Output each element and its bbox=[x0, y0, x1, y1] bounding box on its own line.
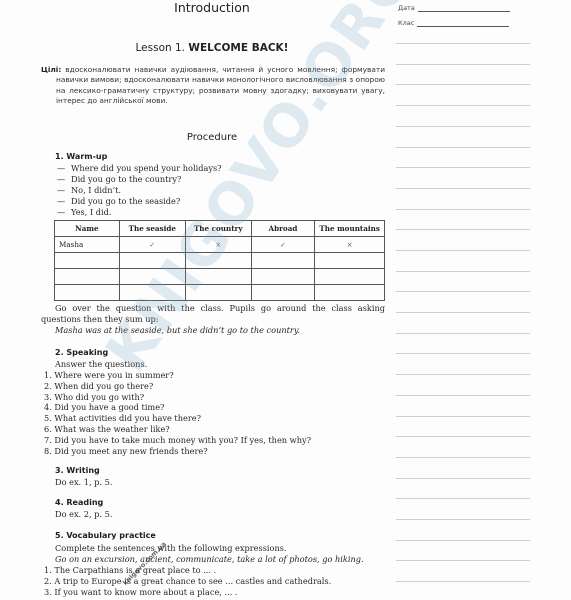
question-item: 8. Did you meet any new friends there? bbox=[44, 446, 208, 457]
answer-cell[interactable] bbox=[119, 253, 185, 269]
dash-mark: — bbox=[57, 163, 71, 174]
class-blank[interactable] bbox=[417, 20, 509, 27]
dialogue-line: —No, I didn’t. bbox=[57, 185, 121, 196]
answer-cell[interactable]: ✓ bbox=[251, 237, 315, 253]
name-cell[interactable] bbox=[55, 285, 120, 301]
note-line[interactable] bbox=[396, 250, 530, 251]
writing-heading: 3. Writing bbox=[55, 466, 100, 475]
goals-label: Цілі: bbox=[41, 65, 61, 74]
vocabulary-instruction: Complete the sentences with the followin… bbox=[55, 543, 287, 554]
reading-heading: 4. Reading bbox=[55, 498, 103, 507]
column-header: Name bbox=[55, 221, 120, 237]
note-line[interactable] bbox=[396, 395, 530, 396]
date-blank[interactable] bbox=[418, 5, 510, 12]
vocabulary-heading: 5. Vocabulary practice bbox=[55, 531, 156, 540]
dash-mark: — bbox=[57, 185, 71, 196]
note-line[interactable] bbox=[396, 560, 530, 561]
answer-cell[interactable]: × bbox=[315, 237, 385, 253]
name-cell[interactable] bbox=[55, 269, 120, 285]
note-line[interactable] bbox=[396, 84, 530, 85]
note-line[interactable] bbox=[396, 374, 530, 375]
speaking-heading: 2. Speaking bbox=[55, 348, 108, 357]
note-line[interactable] bbox=[396, 457, 530, 458]
reading-task: Do ex. 2, p. 5. bbox=[55, 509, 112, 520]
lesson-title: Lesson 1. WELCOME BACK! bbox=[0, 42, 424, 54]
answer-cell[interactable] bbox=[251, 253, 315, 269]
dialogue-text: Did you go to the seaside? bbox=[71, 196, 180, 206]
lesson-goals: Цілі: вдосконалювати навички аудіювання,… bbox=[41, 65, 385, 107]
answer-cell[interactable] bbox=[251, 269, 315, 285]
note-line[interactable] bbox=[396, 581, 530, 582]
answer-cell[interactable] bbox=[315, 285, 385, 301]
vocabulary-expressions: Go on an excursion, ancient, communicate… bbox=[55, 554, 364, 565]
table-header-row: NameThe seasideThe countryAbroadThe moun… bbox=[55, 221, 385, 237]
answer-cell[interactable] bbox=[185, 269, 251, 285]
note-line[interactable] bbox=[396, 271, 530, 272]
note-line[interactable] bbox=[396, 312, 530, 313]
table-row bbox=[55, 253, 385, 269]
answer-cell[interactable] bbox=[315, 269, 385, 285]
dialogue-text: Where did you spend your holidays? bbox=[71, 163, 222, 173]
question-item: 5. What activities did you have there? bbox=[44, 413, 201, 424]
page-title: Introduction bbox=[0, 0, 424, 15]
class-label: Клас bbox=[398, 19, 414, 27]
question-item: 1. Where were you in summer? bbox=[44, 370, 174, 381]
note-line[interactable] bbox=[396, 353, 530, 354]
dialogue-line: —Did you go to the seaside? bbox=[57, 196, 180, 207]
answer-cell[interactable] bbox=[251, 285, 315, 301]
note-line[interactable] bbox=[396, 105, 530, 106]
column-header: The seaside bbox=[119, 221, 185, 237]
question-item: 3. Who did you go with? bbox=[44, 392, 144, 403]
note-line[interactable] bbox=[396, 126, 530, 127]
lesson-prefix: Lesson 1. bbox=[136, 42, 189, 54]
column-header: Abroad bbox=[251, 221, 315, 237]
note-line[interactable] bbox=[396, 478, 530, 479]
speaking-instruction: Answer the questions. bbox=[55, 359, 147, 370]
holiday-survey-table: NameThe seasideThe countryAbroadThe moun… bbox=[54, 220, 385, 301]
dialogue-line: —Yes, I did. bbox=[57, 207, 112, 218]
note-line[interactable] bbox=[396, 498, 530, 499]
dialogue-line: —Where did you spend your holidays? bbox=[57, 163, 222, 174]
warmup-instruction: Go over the question with the class. Pup… bbox=[41, 303, 385, 325]
procedure-heading: Procedure bbox=[0, 132, 424, 143]
question-item: 7. Did you have to take much money with … bbox=[44, 435, 311, 446]
answer-cell[interactable]: ✓ bbox=[119, 237, 185, 253]
note-line[interactable] bbox=[396, 209, 530, 210]
question-item: 6. What was the weather like? bbox=[44, 424, 170, 435]
table-row bbox=[55, 285, 385, 301]
column-header: The mountains bbox=[315, 221, 385, 237]
note-line[interactable] bbox=[396, 436, 530, 437]
answer-cell[interactable] bbox=[119, 285, 185, 301]
sentence-item: 1. The Carpathians is a great place to .… bbox=[44, 565, 216, 576]
question-item: 4. Did you have a good time? bbox=[44, 402, 164, 413]
name-cell[interactable]: Masha bbox=[55, 237, 120, 253]
note-line[interactable] bbox=[396, 188, 530, 189]
sentence-item: 2. A trip to Europe is a great chance to… bbox=[44, 576, 331, 587]
note-line[interactable] bbox=[396, 291, 530, 292]
date-label: Дата bbox=[398, 4, 415, 12]
note-line[interactable] bbox=[396, 229, 530, 230]
column-header: The country bbox=[185, 221, 251, 237]
answer-cell[interactable] bbox=[185, 285, 251, 301]
answer-cell[interactable]: × bbox=[185, 237, 251, 253]
dialogue-line: —Did you go to the country? bbox=[57, 174, 181, 185]
note-line[interactable] bbox=[396, 333, 530, 334]
dialogue-text: No, I didn’t. bbox=[71, 185, 121, 195]
date-field: Дата bbox=[398, 4, 510, 12]
class-field: Клас bbox=[398, 19, 509, 27]
note-line[interactable] bbox=[396, 64, 530, 65]
dialogue-text: Yes, I did. bbox=[71, 207, 112, 217]
warmup-example: Masha was at the seaside, but she didn’t… bbox=[55, 325, 399, 336]
table-row bbox=[55, 269, 385, 285]
warmup-heading: 1. Warm-up bbox=[55, 152, 107, 161]
note-line[interactable] bbox=[396, 519, 530, 520]
note-line[interactable] bbox=[396, 147, 530, 148]
dialogue-text: Did you go to the country? bbox=[71, 174, 181, 184]
dash-mark: — bbox=[57, 196, 71, 207]
sentence-item: 3. If you want to know more about a plac… bbox=[44, 587, 238, 598]
dash-mark: — bbox=[57, 207, 71, 218]
answer-cell[interactable] bbox=[185, 253, 251, 269]
lesson-name: WELCOME BACK! bbox=[188, 42, 288, 54]
note-line[interactable] bbox=[396, 167, 530, 168]
table-row: Masha✓×✓× bbox=[55, 237, 385, 253]
writing-task: Do ex. 1, p. 5. bbox=[55, 477, 112, 488]
answer-cell[interactable] bbox=[119, 269, 185, 285]
note-line[interactable] bbox=[396, 416, 530, 417]
answer-cell[interactable] bbox=[315, 253, 385, 269]
question-item: 2. When did you go there? bbox=[44, 381, 153, 392]
dash-mark: — bbox=[57, 174, 71, 185]
name-cell[interactable] bbox=[55, 253, 120, 269]
note-line[interactable] bbox=[396, 540, 530, 541]
goals-text: вдосконалювати навички аудіювання, читан… bbox=[56, 65, 385, 105]
